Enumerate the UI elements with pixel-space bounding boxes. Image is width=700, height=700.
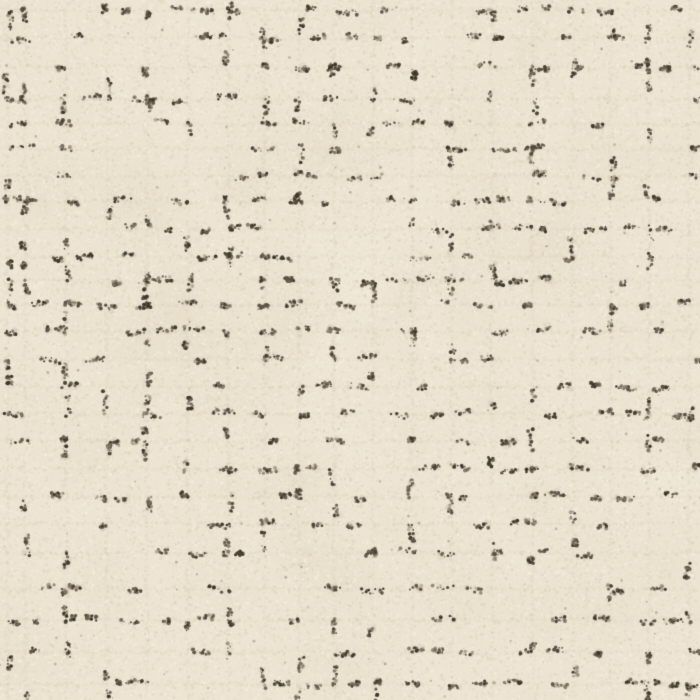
carpet-photo: Close-up of a cream ivory carpet swatch … xyxy=(0,0,700,700)
carpet-texture-canvas xyxy=(0,0,700,700)
